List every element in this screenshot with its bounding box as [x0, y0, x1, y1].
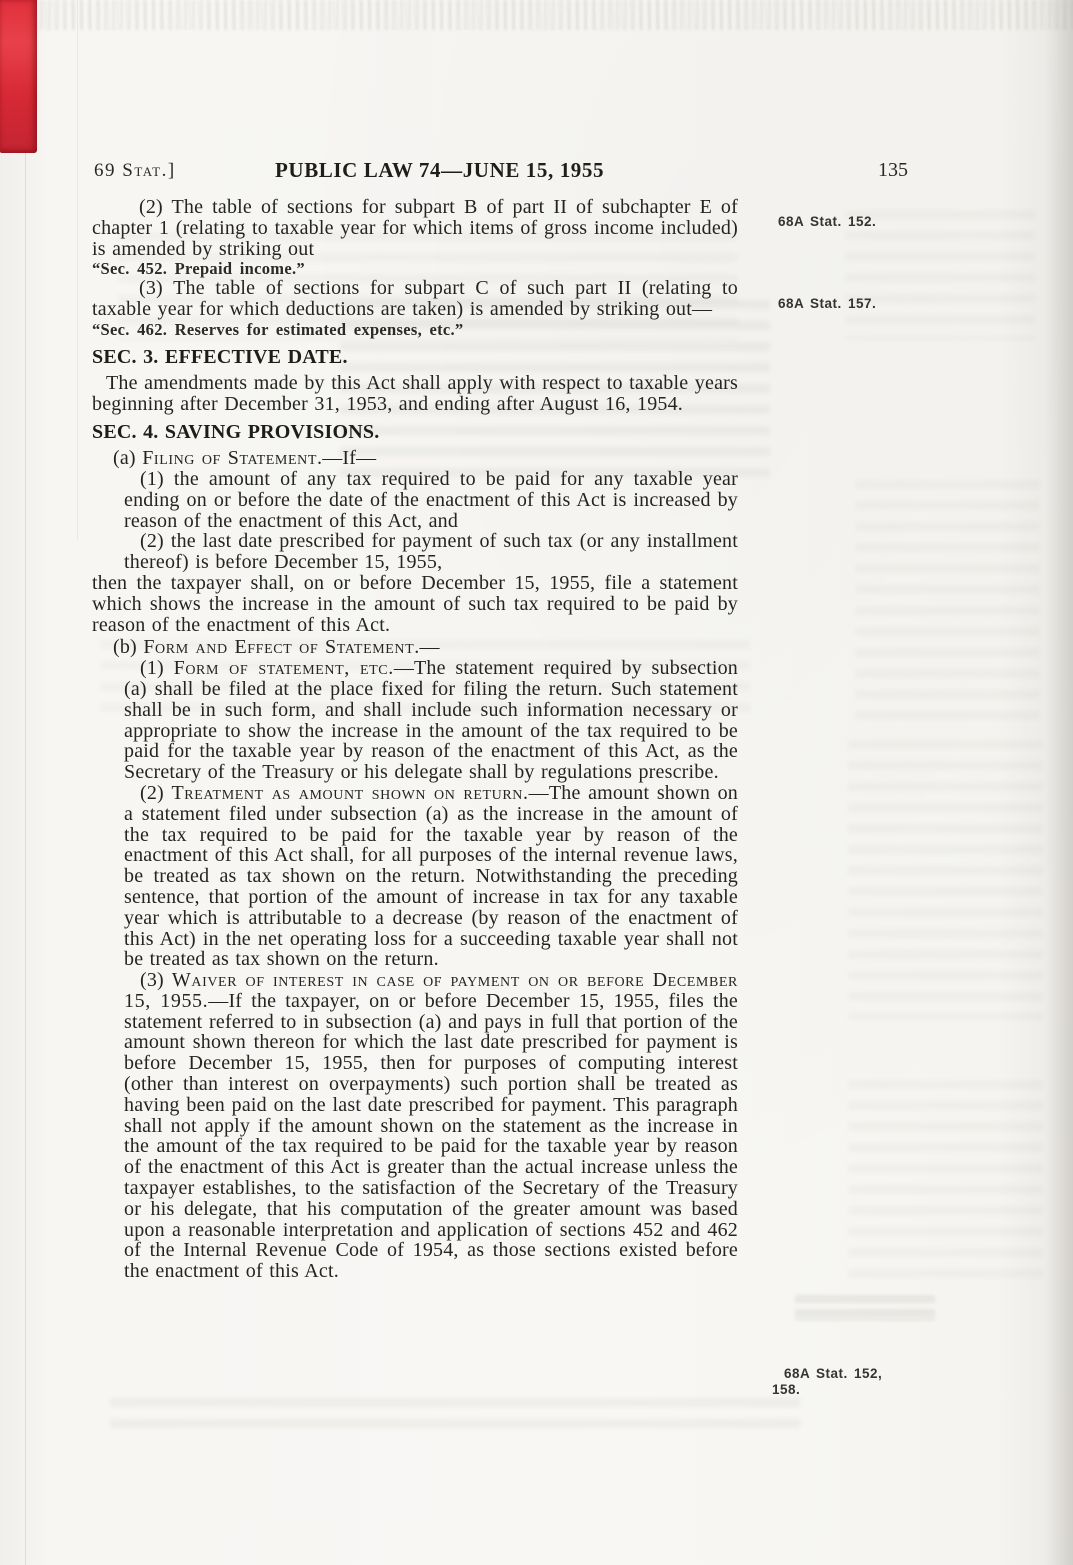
subsection-b1-prefix: (1) [140, 657, 174, 679]
subsection-a-prefix: (a) [113, 447, 142, 469]
subsection-b2-prefix: (2) [140, 782, 171, 804]
margin-note-68a-157: 68A Stat. 157. [778, 296, 876, 312]
section-3-text: The amendments made by this Act shall ap… [92, 373, 738, 415]
scan-top-edge-noise [0, 0, 1073, 30]
subsection-b3-prefix: (3) [140, 969, 172, 991]
subsection-b2-text: (2) Treatment as amount shown on return.… [124, 783, 738, 970]
ghost-smudge [848, 740, 1043, 1020]
page-title: PUBLIC LAW 74—JUNE 15, 1955 [275, 158, 604, 183]
ghost-smudge [855, 480, 1040, 720]
subsection-b-suffix: .— [414, 636, 439, 658]
margin-note-line: 158. [772, 1382, 912, 1398]
subsection-b-prefix: (b) [113, 636, 143, 658]
subsection-b3-text: (3) Waiver of interest in case of paymen… [124, 970, 738, 1282]
page-number: 135 [878, 159, 908, 182]
scanned-page: 69 Stat.] PUBLIC LAW 74—JUNE 15, 1955 13… [0, 0, 1073, 1565]
subsection-b2-title: Treatment as amount shown on return. [171, 782, 528, 804]
statute-body: (2) The table of sections for subpart B … [92, 197, 738, 1282]
subsection-b3-body: —If the taxpayer, on or before December … [124, 990, 738, 1282]
margin-note-68a-152-158: 68A Stat. 152, 158. [772, 1366, 912, 1398]
subsection-a-suffix: .—If— [317, 447, 376, 469]
margin-note-line: 68A Stat. 152, [772, 1366, 912, 1382]
page-fold-line [25, 0, 26, 1565]
subsection-b1-title: Form of statement, etc. [174, 657, 394, 679]
quoted-section-462: “Sec. 462. Reserves for estimated expens… [92, 320, 738, 339]
section-3-heading: SEC. 3. EFFECTIVE DATE. [92, 347, 738, 368]
subsection-a2-text: (2) the last date prescribed for payment… [124, 531, 738, 573]
statute-paragraph-3: (3) The table of sections for subpart C … [92, 278, 738, 320]
scan-right-edge-shadow [1045, 0, 1073, 1565]
subsection-a-title: Filing of Statement [142, 447, 317, 469]
quoted-section-452: “Sec. 452. Prepaid income.” [92, 259, 738, 278]
statute-paragraph-2: (2) The table of sections for subpart B … [92, 197, 738, 259]
subsection-b2-body: —The amount shown on a statement filed u… [124, 782, 738, 970]
ghost-smudge [848, 1080, 1043, 1280]
section-4-heading: SEC. 4. SAVING PROVISIONS. [92, 422, 738, 443]
ghost-underlined-text [795, 1295, 935, 1320]
red-corner-tab [0, 0, 37, 153]
ghost-smudge [110, 1398, 800, 1440]
page-header: 69 Stat.] PUBLIC LAW 74—JUNE 15, 1955 13… [92, 158, 908, 184]
margin-note-68a-152: 68A Stat. 152. [778, 214, 876, 230]
subsection-b-heading: (b) Form and Effect of Statement.— [113, 637, 738, 658]
page-fold-line-inner [77, 0, 78, 540]
subsection-a1-text: (1) the amount of any tax required to be… [124, 469, 738, 531]
subsection-a-heading: (a) Filing of Statement.—If— [113, 448, 738, 469]
subsection-b1-text: (1) Form of statement, etc.—The statemen… [124, 658, 738, 783]
statute-volume-label: 69 Stat.] [94, 160, 176, 182]
subsection-b-title: Form and Effect of Statement [143, 636, 414, 658]
subsection-a-closing-text: then the taxpayer shall, on or before De… [92, 573, 738, 635]
